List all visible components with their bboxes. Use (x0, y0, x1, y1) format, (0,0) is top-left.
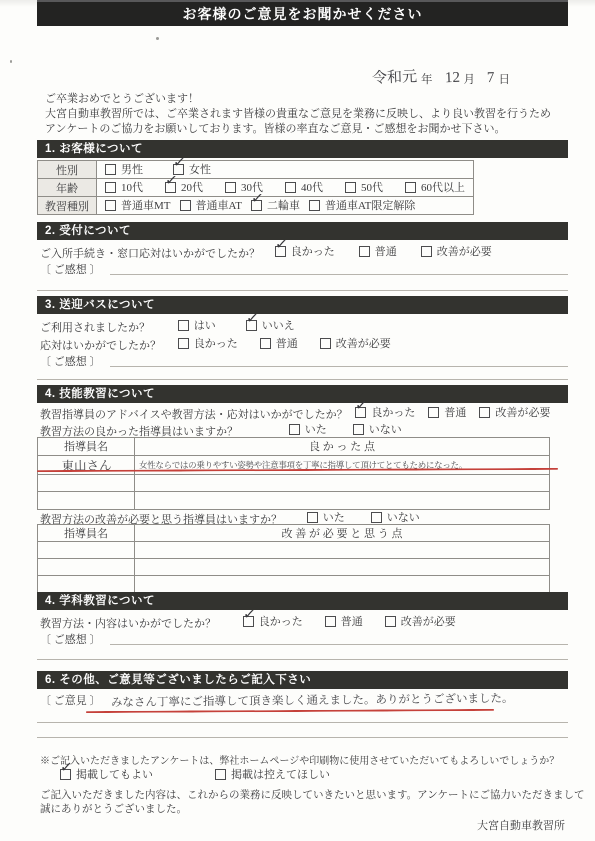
section-4-header: 4. 技能教習について (37, 385, 568, 403)
date-month-handwritten: 12 (444, 70, 460, 88)
closing-line: 誠にありがとうございました。 (40, 803, 585, 817)
checkbox-option[interactable]: 改善が必要 (479, 404, 550, 420)
checkbox-option[interactable]: 改善が必要 (320, 335, 391, 351)
checkbox-option[interactable]: ✓掲載してもよい (60, 766, 153, 782)
instructor-comment-cell[interactable] (135, 576, 550, 593)
check-mark-icon: ✓ (355, 397, 369, 413)
checkbox-icon[interactable] (359, 246, 370, 257)
intro-line: アンケートのご協力をお願いしております。皆様の率直なご意見・ご感想をお聞かせ下さ… (45, 122, 551, 137)
checkbox-icon[interactable] (309, 200, 320, 211)
option-label: 普通 (375, 243, 397, 259)
instructor-row (38, 492, 550, 510)
checkbox-icon[interactable] (405, 182, 416, 193)
bus-usage-options: はい✓いいえ (178, 317, 295, 333)
checkbox-icon[interactable] (215, 769, 226, 780)
checkbox-icon[interactable] (178, 338, 189, 349)
handwritten-opinion: みなさん丁寧にご指導して頂き楽しく通えました。ありがとうございました。 (111, 690, 514, 710)
option-label: 良かった (291, 243, 335, 259)
checkbox-icon[interactable] (320, 338, 331, 349)
option-label: 40代 (301, 179, 323, 195)
opinion-row: 〔 ご意見 〕 みなさん丁寧にご指導して頂き楽しく通えました。ありがとうございま… (40, 692, 514, 708)
improve-instructor-table: 指導員名改 善 が 必 要 と 思 う 点 (37, 524, 550, 593)
comment-label: 〔 ご感想 〕 (40, 261, 101, 277)
checkbox-option[interactable]: いない (371, 509, 420, 525)
column-header: 指導員名 (38, 525, 135, 542)
question-text: 応対はいかがでしたか？ (40, 337, 175, 353)
academic-question-row: 教習方法・内容はいかがでしたか？ ✓良かった普通改善が必要 (40, 613, 456, 631)
date-line: 令和元 年 12 月 7 日 (372, 66, 510, 87)
option-label: 普通車AT限定解除 (325, 197, 415, 213)
checkbox-icon[interactable] (105, 200, 116, 211)
option-label: いない (369, 421, 402, 437)
instructor-name-cell[interactable] (38, 559, 135, 576)
option-label: はい (194, 317, 216, 333)
date-month-label: 月 (464, 71, 476, 87)
checkbox-icon[interactable] (105, 164, 116, 175)
checkbox-option[interactable]: 10代 (105, 179, 143, 195)
date-day-handwritten: 7 (487, 70, 495, 87)
option-label: いた (323, 509, 345, 525)
option-label: 普通車AT (196, 197, 242, 213)
page-title: お客様のご意見をお聞かせください (37, 0, 568, 26)
section-6-header: 6. その他、ご意見等ございましたらご記入下さい (37, 671, 568, 689)
checked-checkbox-icon[interactable]: ✓ (251, 200, 262, 211)
question-text: 教習指導員のアドバイスや教習方法・応対はいかがでしたか？ (40, 406, 348, 422)
checkbox-option[interactable]: 40代 (285, 179, 323, 195)
scan-artifact (10, 60, 12, 63)
option-label: 男性 (121, 161, 143, 177)
option-label: いた (305, 421, 327, 437)
instructor-row (38, 474, 550, 492)
checkbox-icon[interactable] (285, 182, 296, 193)
skill-question-row: 教習指導員のアドバイスや教習方法・応対はいかがでしたか？ ✓良かった普通改善が必… (40, 404, 550, 422)
checkbox-option[interactable]: ✓女性 (173, 161, 211, 177)
instructor-comment-cell[interactable] (135, 492, 550, 510)
checkbox-icon[interactable] (289, 424, 300, 435)
checkbox-icon[interactable] (307, 512, 318, 523)
checkbox-icon[interactable] (178, 320, 189, 331)
instructor-row (38, 559, 550, 576)
closing-line: ご記入いただきました内容は、これからの業務に反映していきたいと思います。アンケー… (40, 789, 585, 803)
checkbox-option[interactable]: 60代以上 (405, 179, 465, 195)
checkbox-icon[interactable] (345, 182, 356, 193)
survey-page: お客様のご意見をお聞かせください 令和元 年 12 月 7 日 ご卒業おめでとう… (0, 0, 595, 841)
section-3-header: 3. 送迎バスについて (37, 296, 568, 314)
field-label: 性別 (38, 161, 97, 179)
column-header: 指導員名 (38, 438, 135, 456)
checkbox-option[interactable]: 普通車AT限定解除 (309, 197, 415, 213)
reception-options: ✓良かった普通改善が必要 (275, 243, 492, 259)
bus-service-options: 良かった普通改善が必要 (178, 335, 391, 351)
question-text: ご入所手続き・窓口応対はいかがでしたか？ (40, 245, 260, 261)
checkbox-icon[interactable] (479, 407, 490, 418)
checkbox-option[interactable]: 普通車MT (105, 197, 171, 213)
checkbox-option[interactable]: いた (307, 509, 345, 525)
checkbox-option[interactable]: 改善が必要 (421, 243, 492, 259)
instructor-name-cell[interactable] (38, 542, 135, 559)
comment-writein-line[interactable] (37, 659, 568, 660)
check-mark-icon: ✓ (250, 190, 264, 206)
checkbox-option[interactable]: はい (178, 317, 216, 333)
academic-options: ✓良かった普通改善が必要 (243, 613, 456, 629)
comment-writein-line[interactable] (110, 366, 568, 367)
bus-service-question-row: 応対はいかがでしたか？ 良かった普通改善が必要 (40, 335, 391, 353)
checked-checkbox-icon[interactable]: ✓ (165, 182, 176, 193)
checkbox-option[interactable]: ✓良かった (275, 243, 335, 259)
question-text: ご利用されましたか？ (40, 319, 175, 335)
section-5-header: 4. 学科教習について (37, 592, 568, 610)
instructor-row (38, 542, 550, 559)
option-label: 50代 (361, 179, 383, 195)
checkbox-icon[interactable] (353, 424, 364, 435)
option-label: 普通車MT (121, 197, 171, 213)
checked-checkbox-icon[interactable]: ✓ (243, 616, 254, 627)
checkbox-icon[interactable] (225, 182, 236, 193)
checkbox-option[interactable]: ✓良かった (355, 404, 415, 420)
comment-writein-line[interactable] (110, 644, 568, 645)
comment-label: 〔 ご感想 〕 (40, 353, 101, 369)
good-instructor-table: 指導員名良 か っ た 点東山さん女性ならではの乗りやすい姿勢や注意事項を丁寧に… (37, 437, 550, 510)
reception-question-row: ご入所手続き・窓口応対はいかがでしたか？ ✓良かった普通改善が必要 (40, 243, 492, 261)
checked-checkbox-icon[interactable]: ✓ (246, 320, 257, 331)
option-label: 普通 (341, 613, 363, 629)
checkbox-icon[interactable] (385, 616, 396, 627)
checked-checkbox-icon[interactable]: ✓ (355, 407, 366, 418)
publication-options: ✓掲載してもよい掲載は控えてほしい (60, 766, 330, 782)
table-header-row: 指導員名良 か っ た 点 (38, 438, 550, 456)
check-mark-icon: ✓ (164, 172, 178, 188)
customer-info-row: 性別男性✓女性 (38, 161, 474, 179)
date-era-handwritten: 令和元 (372, 65, 418, 88)
field-options-cell: 10代✓20代30代40代50代60代以上 (97, 179, 474, 197)
comment-writein-line[interactable] (37, 737, 568, 738)
checkbox-option[interactable]: 掲載は控えてほしい (215, 766, 330, 782)
checkbox-option[interactable]: ✓良かった (243, 613, 303, 629)
checkbox-option[interactable]: 50代 (345, 179, 383, 195)
checkbox-option[interactable]: 男性 (105, 161, 143, 177)
option-label: 改善が必要 (336, 335, 391, 351)
instructor-comment-cell[interactable] (135, 474, 550, 492)
option-label: 良かった (194, 335, 238, 351)
checkbox-option[interactable]: ✓いいえ (246, 317, 295, 333)
intro-line: 大宮自動車教習所では、ご卒業されます皆様の貴重なご意見を業務に反映し、より良い教… (45, 107, 551, 122)
check-mark-icon: ✓ (242, 606, 256, 622)
instructor-name-cell[interactable] (38, 474, 135, 492)
section-2-header: 2. 受付について (37, 222, 568, 240)
check-mark-icon: ✓ (59, 759, 73, 775)
field-label: 教習種別 (38, 197, 97, 215)
option-label: 改善が必要 (401, 613, 456, 629)
intro-line: ご卒業おめでとうございます！ (45, 92, 551, 107)
table-header-row: 指導員名改 善 が 必 要 と 思 う 点 (38, 525, 550, 542)
checkbox-option[interactable]: 普通 (428, 404, 466, 420)
checkbox-option[interactable]: ✓二輪車 (251, 197, 300, 213)
check-mark-icon: ✓ (274, 236, 288, 252)
publication-permission-question: ※ご記入いただきましたアンケートは、弊社ホームページや印刷物に使用させていただい… (40, 752, 559, 767)
checkbox-option[interactable]: 良かった (178, 335, 238, 351)
checkbox-icon[interactable] (105, 182, 116, 193)
closing-text: ご記入いただきました内容は、これからの業務に反映していきたいと思います。アンケー… (40, 789, 585, 816)
checkbox-icon[interactable] (371, 512, 382, 523)
customer-info-table: 性別男性✓女性年齢10代✓20代30代40代50代60代以上教習種別普通車MT普… (37, 160, 474, 215)
option-label: いいえ (262, 317, 295, 333)
checkbox-option[interactable]: 普通車AT (180, 197, 242, 213)
school-signature: 大宮自動車教習所 (477, 817, 565, 833)
instructor-comment-cell[interactable] (135, 559, 550, 576)
good-instructor-options: いたいない (289, 421, 402, 437)
instructor-row (38, 576, 550, 593)
customer-info-row: 教習種別普通車MT普通車AT✓二輪車普通車AT限定解除 (38, 197, 474, 215)
comment-label: 〔 ご意見 〕 (40, 695, 101, 707)
instructor-name-cell[interactable] (38, 492, 135, 510)
good-instructor-question-row: 教習方法の良かった指導員はいますか？ いたいない (40, 421, 402, 439)
comment-label: 〔 ご感想 〕 (40, 631, 101, 647)
checkbox-option[interactable]: 普通 (325, 613, 363, 629)
improve-instructor-options: いたいない (307, 509, 420, 525)
checkbox-icon[interactable] (421, 246, 432, 257)
checkbox-option[interactable]: ✓20代 (165, 179, 203, 195)
option-label: いない (387, 509, 420, 525)
bus-usage-question-row: ご利用されましたか？ はい✓いいえ (40, 317, 295, 335)
checked-checkbox-icon[interactable]: ✓ (60, 769, 71, 780)
checkbox-option[interactable]: 改善が必要 (385, 613, 456, 629)
checkbox-option[interactable]: 普通 (359, 243, 397, 259)
date-day-label: 日 (499, 71, 511, 87)
option-label: 良かった (259, 613, 303, 629)
option-label: 改善が必要 (495, 404, 550, 420)
option-label: 掲載は控えてほしい (231, 766, 330, 782)
comment-writein-line[interactable] (110, 274, 568, 275)
section-1-header: 1. お客様について (37, 140, 568, 158)
field-label: 年齢 (38, 179, 97, 197)
scan-artifact (156, 37, 159, 40)
date-year-label: 年 (421, 71, 433, 87)
column-header: 良 か っ た 点 (135, 438, 550, 456)
checked-checkbox-icon[interactable]: ✓ (275, 246, 286, 257)
option-label: 10代 (121, 179, 143, 195)
question-text: 教習方法・内容はいかがでしたか？ (40, 615, 240, 631)
option-label: 60代以上 (421, 179, 465, 195)
instructor-comment-cell[interactable] (135, 542, 550, 559)
intro-text: ご卒業おめでとうございます！ 大宮自動車教習所では、ご卒業されます皆様の貴重なご… (45, 92, 551, 137)
option-label: 二輪車 (267, 197, 300, 213)
checkbox-icon[interactable] (325, 616, 336, 627)
checkbox-option[interactable]: いない (353, 421, 402, 437)
instructor-name-cell[interactable] (38, 576, 135, 593)
checkbox-icon[interactable] (428, 407, 439, 418)
comment-writein-line[interactable] (37, 379, 568, 380)
publication-permission-row: ✓掲載してもよい掲載は控えてほしい (60, 766, 330, 783)
option-label: 普通 (444, 404, 466, 420)
column-header: 改 善 が 必 要 と 思 う 点 (135, 525, 550, 542)
field-options-cell: 男性✓女性 (97, 161, 474, 179)
option-label: 掲載してもよい (76, 766, 153, 782)
option-label: 女性 (189, 161, 211, 177)
check-mark-icon: ✓ (172, 154, 186, 170)
option-label: 良かった (371, 404, 415, 420)
skill-options: ✓良かった普通改善が必要 (355, 404, 550, 420)
check-mark-icon: ✓ (245, 310, 259, 326)
checkbox-option[interactable]: 普通 (260, 335, 298, 351)
checkbox-icon[interactable] (260, 338, 271, 349)
checkbox-icon[interactable] (180, 200, 191, 211)
option-label: 普通 (276, 335, 298, 351)
checkbox-option[interactable]: いた (289, 421, 327, 437)
comment-writein-line[interactable] (37, 722, 568, 723)
comment-writein-line[interactable] (37, 290, 568, 291)
option-label: 改善が必要 (437, 243, 492, 259)
field-options-cell: 普通車MT普通車AT✓二輪車普通車AT限定解除 (97, 197, 474, 215)
option-label: 20代 (181, 179, 203, 195)
